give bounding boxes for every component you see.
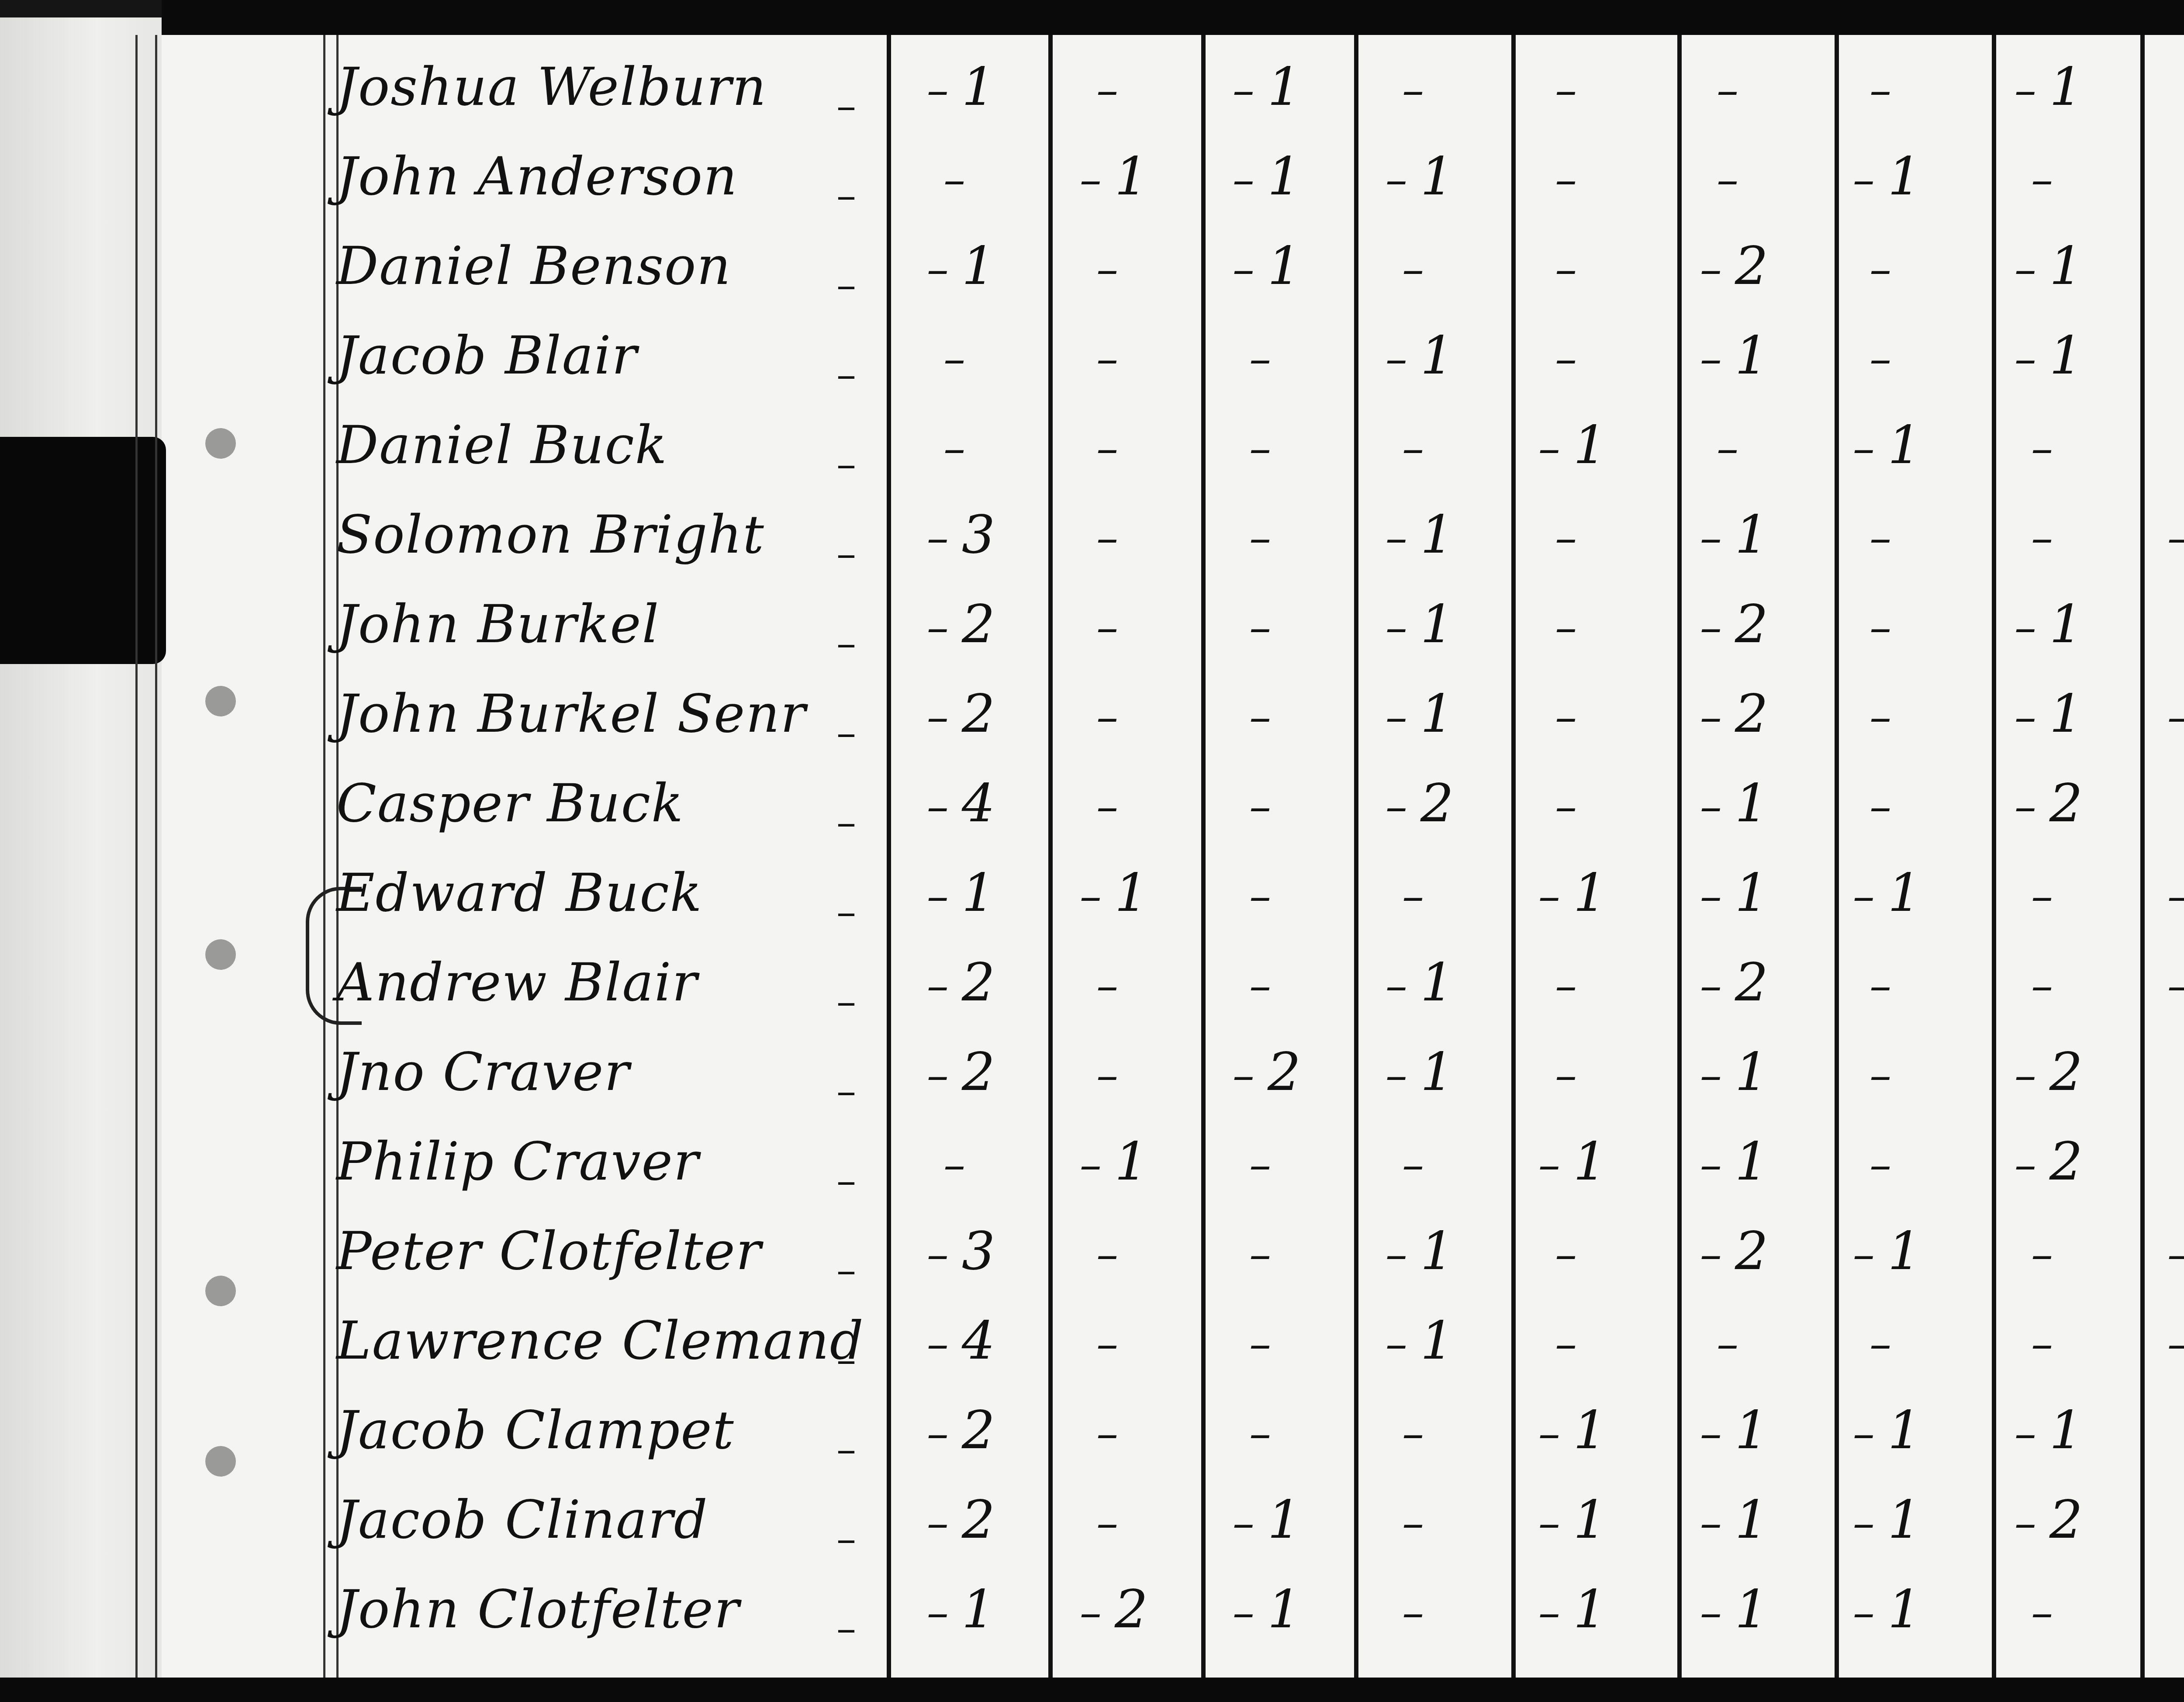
tally-value: 2 (1735, 236, 1768, 297)
tally-cell: – (1974, 850, 2123, 937)
tally-value: 1 (1420, 325, 1454, 386)
tally-cell: – (1040, 671, 1188, 758)
tally-cell: – (1813, 312, 1961, 400)
tally-value: 2 (962, 594, 995, 655)
head-of-household-name: Jacob Blair (336, 325, 638, 386)
census-row: Daniel Buck– (332, 402, 874, 489)
tally-value: 1 (1420, 684, 1454, 744)
dash-mark: – (1096, 1497, 1118, 1548)
dash-mark: – (1700, 1228, 1722, 1280)
head-of-household-name: John Burkel Senr (336, 684, 806, 744)
head-of-household-name: John Anderson (336, 146, 738, 207)
census-row: Jacob Clampet– (332, 1387, 874, 1474)
tally-cell: – (1974, 133, 2123, 221)
tally-cell: – (1040, 312, 1188, 400)
dash-mark: – (1555, 781, 1577, 832)
dash-mark: – (2167, 870, 2184, 921)
dash-mark: – (1386, 333, 1407, 384)
census-row: Andrew Blair– (332, 939, 874, 1027)
tally-cell: – (1192, 1118, 1341, 1206)
dash-mark: – (1080, 154, 1102, 205)
dash-mark: – (1402, 243, 1424, 294)
tally-cell: –1 (1974, 1387, 2123, 1474)
dash-mark: – (1096, 512, 1118, 563)
dash-mark: – (2031, 1587, 2053, 1638)
tally-cell: –2 (1974, 760, 2123, 848)
dash-mark: – (1555, 691, 1577, 742)
dash-mark: – (1249, 781, 1271, 832)
leader-dash: – (836, 1068, 856, 1114)
dash-mark: – (1717, 64, 1738, 115)
dash-mark: – (1096, 1228, 1118, 1280)
tally-value: 1 (1420, 1042, 1454, 1103)
dash-mark: – (1870, 691, 1891, 742)
tally-cell: – (1974, 1566, 2123, 1654)
tally-value: 2 (1735, 594, 1768, 655)
tally-value: 1 (1268, 236, 1301, 297)
dash-mark: – (1870, 1049, 1891, 1100)
tally-cell: – (1345, 850, 1494, 937)
dash-mark: – (1700, 870, 1722, 921)
tally-cell: –1 (1813, 1566, 1961, 1654)
dash-mark: – (2031, 870, 2053, 921)
tally-cell: –1 (1813, 1208, 1961, 1295)
dash-mark: – (1386, 960, 1407, 1011)
leader-dash: – (836, 83, 856, 129)
scan-border-bottom (0, 1678, 2184, 1702)
tally-cell: –1 (1813, 402, 1961, 489)
tally-cell: –1 (1660, 491, 1808, 579)
dash-mark: – (1080, 1587, 1102, 1638)
dash-mark: – (2031, 1228, 2053, 1280)
leader-dash: – (836, 1247, 856, 1293)
dash-mark: – (1717, 1318, 1738, 1369)
census-row: Jacob Blair– (332, 312, 874, 400)
tally-cell: –2 (887, 1387, 1035, 1474)
dash-mark: – (1700, 243, 1722, 294)
tally-cell: – (1974, 402, 2123, 489)
tally-cell: – (887, 312, 1035, 400)
tally-cell: –1 (1660, 850, 1808, 937)
head-of-household-name: Joshua Welburn (336, 57, 767, 118)
dash-mark: – (2015, 333, 2036, 384)
dash-mark: – (1700, 512, 1722, 563)
dash-mark: – (1538, 1408, 1560, 1459)
dash-mark: – (1700, 1139, 1722, 1190)
tally-cell: –1 (1345, 1029, 1494, 1116)
dash-mark: – (1853, 422, 1875, 474)
tally-value: 1 (2049, 57, 2083, 118)
tally-cell: – (1974, 1297, 2123, 1385)
dash-mark: – (927, 243, 949, 294)
head-of-household-name: Andrew Blair (336, 952, 698, 1013)
tally-cell: –4 (887, 760, 1035, 848)
tally-value: 1 (1735, 773, 1768, 834)
dash-mark: – (1402, 1497, 1424, 1548)
leader-dash: – (836, 799, 856, 845)
tally-value: 1 (1573, 1579, 1607, 1640)
tally-value: 1 (1888, 1490, 1921, 1550)
tally-value: 2 (1115, 1579, 1148, 1640)
tally-cell: – (1813, 581, 1961, 668)
dash-mark: – (1249, 422, 1271, 474)
tally-cell: – (1040, 1297, 1188, 1385)
tally-cell: – (1345, 1566, 1494, 1654)
tally-cell: –1 (887, 850, 1035, 937)
dash-mark: – (1538, 422, 1560, 474)
tally-cell: –2 (1660, 671, 1808, 758)
tally-value: 3 (962, 1221, 995, 1282)
census-row: Jno Craver– (332, 1029, 874, 1116)
dash-mark: – (1717, 154, 1738, 205)
tally-cell: –1 (1040, 133, 1188, 221)
tally-value: 2 (2049, 1042, 2083, 1103)
dash-mark: – (927, 1497, 949, 1548)
tally-value: 1 (1735, 1131, 1768, 1192)
dash-mark: – (1249, 333, 1271, 384)
tally-value: 1 (1268, 1579, 1301, 1640)
tally-value: 2 (1735, 952, 1768, 1013)
dash-mark: – (1870, 1139, 1891, 1190)
tally-cell: – (2127, 1029, 2184, 1116)
tally-value: 1 (1268, 146, 1301, 207)
tally-cell: – (1040, 44, 1188, 131)
tally-value: 3 (962, 505, 995, 565)
tally-cell: –1 (2127, 850, 2184, 937)
tally-value: 1 (1888, 146, 1921, 207)
binding-hole (205, 1446, 236, 1477)
dash-mark: – (1249, 1139, 1271, 1190)
head-of-household-name: Lawrence Clemand (336, 1311, 864, 1371)
tally-cell: – (1813, 671, 1961, 758)
tally-value: 2 (1268, 1042, 1301, 1103)
dash-mark: – (1870, 781, 1891, 832)
ruling-line (323, 35, 325, 1678)
dash-mark: – (1870, 602, 1891, 653)
tally-cell: –2 (887, 671, 1035, 758)
tally-value: 1 (962, 236, 995, 297)
tally-cell: – (1040, 939, 1188, 1027)
dash-mark: – (1870, 512, 1891, 563)
tally-value: 1 (1420, 146, 1454, 207)
dash-mark: – (2015, 781, 2036, 832)
dash-mark: – (1555, 64, 1577, 115)
dash-mark: – (2031, 422, 2053, 474)
dash-mark: – (1249, 512, 1271, 563)
tally-value: 1 (1573, 1490, 1607, 1550)
dash-mark: – (927, 691, 949, 742)
tally-cell: –2 (1192, 1029, 1341, 1116)
tally-value: 1 (1735, 863, 1768, 924)
head-of-household-name: Philip Craver (336, 1131, 699, 1192)
dash-mark: – (1386, 512, 1407, 563)
tally-value: 1 (962, 57, 995, 118)
dash-mark: – (1555, 512, 1577, 563)
tally-cell: – (1345, 44, 1494, 131)
tally-cell: –1 (1192, 1566, 1341, 1654)
dash-mark: – (1249, 1318, 1271, 1369)
tally-value: 2 (962, 952, 995, 1013)
tally-cell: – (1192, 939, 1341, 1027)
dash-mark: – (1555, 333, 1577, 384)
tally-cell: – (1974, 491, 2123, 579)
tally-cell: – (1345, 1118, 1494, 1206)
dash-mark: – (1700, 960, 1722, 1011)
tally-cell: –1 (1660, 1477, 1808, 1564)
dash-mark: – (1402, 422, 1424, 474)
tally-cell: –1 (887, 44, 1035, 131)
dash-mark: – (1080, 870, 1102, 921)
tally-cell: –2 (1040, 1566, 1188, 1654)
census-row: Jacob Clinard– (332, 1477, 874, 1564)
dash-mark: – (2015, 1049, 2036, 1100)
dash-mark: – (2015, 1139, 2036, 1190)
tally-value: 2 (962, 1400, 995, 1461)
tally-cell: –1 (2127, 939, 2184, 1027)
tally-cell: – (1813, 1118, 1961, 1206)
dash-mark: – (2167, 691, 2184, 742)
leader-dash: – (836, 173, 856, 218)
dash-mark: – (927, 64, 949, 115)
tally-cell: –1 (1345, 1208, 1494, 1295)
tally-value: 1 (1420, 594, 1454, 655)
tally-value: 1 (1888, 1579, 1921, 1640)
dash-mark: – (2015, 602, 2036, 653)
dash-mark: – (1386, 602, 1407, 653)
head-of-household-name: Peter Clotfelter (336, 1221, 762, 1282)
leader-dash: – (836, 620, 856, 666)
dash-mark: – (1233, 64, 1254, 115)
tally-cell: –2 (1660, 581, 1808, 668)
census-row: Solomon Bright– (332, 491, 874, 579)
leader-dash: – (836, 710, 856, 756)
dash-mark: – (1233, 1049, 1254, 1100)
dash-mark: – (943, 333, 965, 384)
tally-cell: –1 (1813, 850, 1961, 937)
tally-cell: – (1192, 1208, 1341, 1295)
tally-cell: – (1660, 402, 1808, 489)
binding-hole (205, 428, 236, 459)
tally-cell: – (2127, 1387, 2184, 1474)
dash-mark: – (1096, 333, 1118, 384)
tally-cell: – (2127, 133, 2184, 221)
tally-cell: –1 (1974, 312, 2123, 400)
tally-cell: – (1498, 312, 1647, 400)
tally-cell: – (2127, 402, 2184, 489)
tally-cell: –2 (887, 939, 1035, 1027)
head-of-household-name: Solomon Bright (336, 505, 765, 565)
head-of-household-name: Jacob Clinard (336, 1490, 708, 1550)
tally-value: 1 (962, 863, 995, 924)
tally-cell: – (1192, 581, 1341, 668)
dash-mark: – (1402, 1587, 1424, 1638)
tally-cell: – (2127, 1566, 2184, 1654)
tally-cell: –1 (1660, 312, 1808, 400)
tally-cell: – (1498, 939, 1647, 1027)
dash-mark: – (1700, 781, 1722, 832)
tally-cell: –1 (1498, 1387, 1647, 1474)
tally-cell: –1 (1660, 1029, 1808, 1116)
dash-mark: – (1402, 1139, 1424, 1190)
tally-cell: –1 (1192, 1477, 1341, 1564)
dash-mark: – (1249, 691, 1271, 742)
head-of-household-name: Daniel Benson (336, 236, 732, 297)
dash-mark: – (1538, 870, 1560, 921)
tally-cell: – (887, 402, 1035, 489)
tally-cell: –1 (1345, 491, 1494, 579)
dash-mark: – (2015, 691, 2036, 742)
tally-cell: – (2127, 760, 2184, 848)
head-of-household-name: Casper Buck (336, 773, 684, 834)
dash-mark: – (2015, 1497, 2036, 1548)
tally-value: 2 (1735, 1221, 1768, 1282)
tally-cell: – (1660, 1297, 1808, 1385)
tally-value: 1 (1115, 1131, 1148, 1192)
dash-mark: – (927, 1228, 949, 1280)
dash-mark: – (2031, 960, 2053, 1011)
tally-value: 2 (962, 1490, 995, 1550)
leader-dash: – (836, 531, 856, 577)
dash-mark: – (1233, 1497, 1254, 1548)
tally-cell: –1 (2127, 491, 2184, 579)
dash-mark: – (1386, 691, 1407, 742)
tally-cell: – (1345, 402, 1494, 489)
tally-cell: – (1345, 1387, 1494, 1474)
dash-mark: – (1233, 154, 1254, 205)
dash-mark: – (1402, 870, 1424, 921)
dash-mark: – (1853, 870, 1875, 921)
tally-cell: –1 (1813, 1477, 1961, 1564)
ruling-line (135, 35, 138, 1678)
tally-cell: –1 (1498, 402, 1647, 489)
tally-value: 1 (1420, 952, 1454, 1013)
dash-mark: – (1249, 870, 1271, 921)
dash-mark: – (1096, 422, 1118, 474)
dash-mark: – (1096, 691, 1118, 742)
tally-value: 1 (1888, 1221, 1921, 1282)
dash-mark: – (1700, 602, 1722, 653)
tally-cell: – (1192, 850, 1341, 937)
tally-cell: – (1974, 939, 2123, 1027)
census-row: Peter Clotfelter– (332, 1208, 874, 1295)
tally-value: 1 (1268, 1490, 1301, 1550)
tally-value: 1 (1115, 146, 1148, 207)
tally-cell: –1 (1345, 939, 1494, 1027)
tally-cell: –1 (1345, 133, 1494, 221)
tally-value: 1 (962, 1579, 995, 1640)
tally-value: 1 (2049, 325, 2083, 386)
tally-value: 1 (1735, 505, 1768, 565)
tally-cell: – (1974, 1208, 2123, 1295)
tally-cell: – (1498, 671, 1647, 758)
tally-cell: – (1813, 1297, 1961, 1385)
tally-cell: – (1040, 402, 1188, 489)
tally-cell: – (1040, 1029, 1188, 1116)
tally-cell: –1 (1974, 223, 2123, 310)
tally-cell: – (1192, 402, 1341, 489)
census-row: Casper Buck– (332, 760, 874, 848)
tally-cell: –1 (1498, 850, 1647, 937)
tally-cell: – (1498, 1297, 1647, 1385)
tally-cell: – (1040, 491, 1188, 579)
leader-dash: – (836, 1516, 856, 1562)
tally-cell: –1 (2127, 1208, 2184, 1295)
census-row: Lawrence Clemand– (332, 1297, 874, 1385)
tally-value: 1 (1573, 1400, 1607, 1461)
tally-cell: – (1040, 581, 1188, 668)
tally-cell: –1 (1345, 581, 1494, 668)
dash-mark: – (927, 781, 949, 832)
binding-hole (205, 939, 236, 970)
tally-cell: – (1498, 1029, 1647, 1116)
head-of-household-name: Edward Buck (336, 863, 702, 924)
dash-mark: – (927, 1408, 949, 1459)
dash-mark: – (2167, 1228, 2184, 1280)
tally-cell: – (1813, 1029, 1961, 1116)
tally-cell: –2 (1660, 223, 1808, 310)
dash-mark: – (1555, 243, 1577, 294)
tally-cell: – (1040, 1208, 1188, 1295)
tally-value: 1 (1735, 1490, 1768, 1550)
scan-border-top-left (0, 0, 162, 17)
dash-mark: – (1700, 1497, 1722, 1548)
tally-cell: –2 (1974, 1477, 2123, 1564)
tally-cell: –2 (1974, 1029, 2123, 1116)
dash-mark: – (1080, 1139, 1102, 1190)
dash-mark: – (927, 1587, 949, 1638)
head-of-household-name: Jacob Clampet (336, 1400, 735, 1461)
tally-cell: – (1040, 760, 1188, 848)
tally-cell: –1 (1040, 850, 1188, 937)
tally-value: 1 (1573, 863, 1607, 924)
tally-cell: – (1813, 491, 1961, 579)
tally-cell: – (1192, 1297, 1341, 1385)
tally-value: 1 (1888, 863, 1921, 924)
tally-value: 1 (1268, 57, 1301, 118)
tally-cell: –1 (1813, 1387, 1961, 1474)
tally-cell: –1 (1040, 1118, 1188, 1206)
tally-value: 4 (962, 1311, 995, 1371)
dash-mark: – (1096, 64, 1118, 115)
dash-mark: – (1853, 1497, 1875, 1548)
dash-mark: – (1402, 64, 1424, 115)
dash-mark: – (1538, 1497, 1560, 1548)
tally-value: 1 (1735, 1042, 1768, 1103)
leader-dash: – (836, 1158, 856, 1204)
tally-cell: –1 (1498, 1566, 1647, 1654)
tally-cell: – (2127, 581, 2184, 668)
census-row: John Anderson– (332, 133, 874, 221)
tally-value: 1 (1420, 1221, 1454, 1282)
dash-mark: – (1700, 691, 1722, 742)
dash-mark: – (1870, 64, 1891, 115)
tally-cell: – (1498, 44, 1647, 131)
tally-cell: –3 (887, 491, 1035, 579)
dash-mark: – (1233, 1587, 1254, 1638)
dash-mark: – (1870, 1318, 1891, 1369)
tally-cell: – (1498, 223, 1647, 310)
name-column: Joshua Welburn–John Anderson–Daniel Bens… (332, 35, 874, 1678)
scan-border-top (162, 0, 2184, 35)
dash-mark: – (927, 1049, 949, 1100)
tally-value: 2 (1735, 684, 1768, 744)
dash-mark: – (1249, 960, 1271, 1011)
dash-mark: – (1096, 602, 1118, 653)
dash-mark: – (1870, 333, 1891, 384)
tally-cell: – (1813, 44, 1961, 131)
tally-value: 1 (2049, 594, 2083, 655)
dash-mark: – (2031, 512, 2053, 563)
